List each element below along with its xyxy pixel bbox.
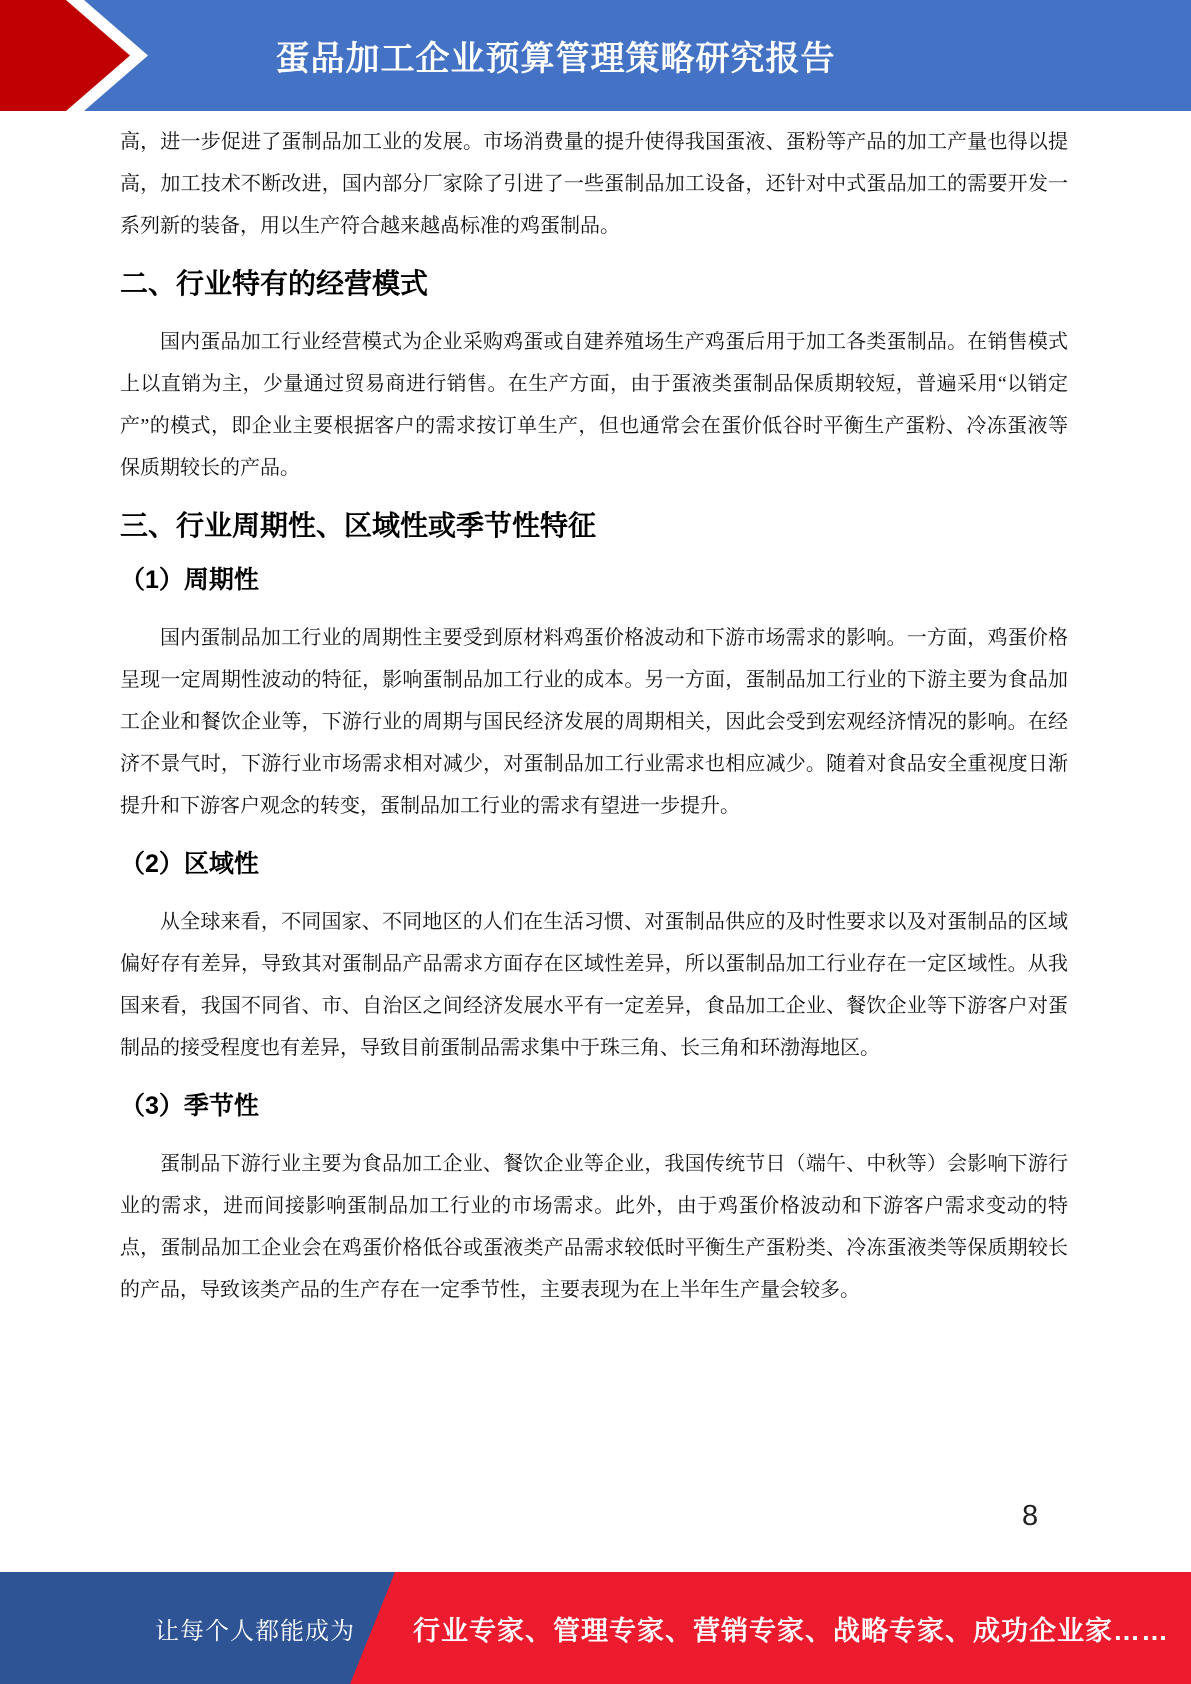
page-number: 8	[1022, 1500, 1038, 1533]
subsection-2-heading: （2）区域性	[120, 847, 1068, 881]
footer-slogan-left: 让每个人都能成为	[155, 1611, 355, 1646]
subsection-3-paragraph: 蛋制品下游行业主要为食品加工企业、餐饮企业等企业，我国传统节日（端午、中秋等）会…	[120, 1143, 1068, 1311]
intro-paragraph: 高，进一步促进了蛋制品加工业的发展。市场消费量的提升使得我国蛋液、蛋粉等产品的加…	[120, 121, 1068, 247]
report-title: 蛋品加工企业预算管理策略研究报告	[0, 0, 1111, 111]
subsection-3-heading: （3）季节性	[120, 1089, 1068, 1123]
page-footer: 行业专家、管理专家、营销专家、战略专家、成功企业家…… 让每个人都能成为	[0, 1572, 1191, 1684]
footer-slogan-right: 行业专家、管理专家、营销专家、战略专家、成功企业家……	[413, 1609, 1169, 1648]
document-body: 高，进一步促进了蛋制品加工业的发展。市场消费量的提升使得我国蛋液、蛋粉等产品的加…	[0, 111, 1191, 1311]
section-2-heading: 二、行业特有的经营模式	[120, 267, 1068, 301]
subsection-1-paragraph: 国内蛋制品加工行业的周期性主要受到原材料鸡蛋价格波动和下游市场需求的影响。一方面…	[120, 617, 1068, 827]
subsection-1-heading: （1）周期性	[120, 563, 1068, 597]
subsection-2-paragraph: 从全球来看，不同国家、不同地区的人们在生活习惯、对蛋制品供应的及时性要求以及对蛋…	[120, 901, 1068, 1069]
section-2-paragraph: 国内蛋品加工行业经营模式为企业采购鸡蛋或自建养殖场生产鸡蛋后用于加工各类蛋制品。…	[120, 321, 1068, 489]
page-header: 蛋品加工企业预算管理策略研究报告	[0, 0, 1191, 111]
section-3-heading: 三、行业周期性、区域性或季节性特征	[120, 509, 1068, 543]
